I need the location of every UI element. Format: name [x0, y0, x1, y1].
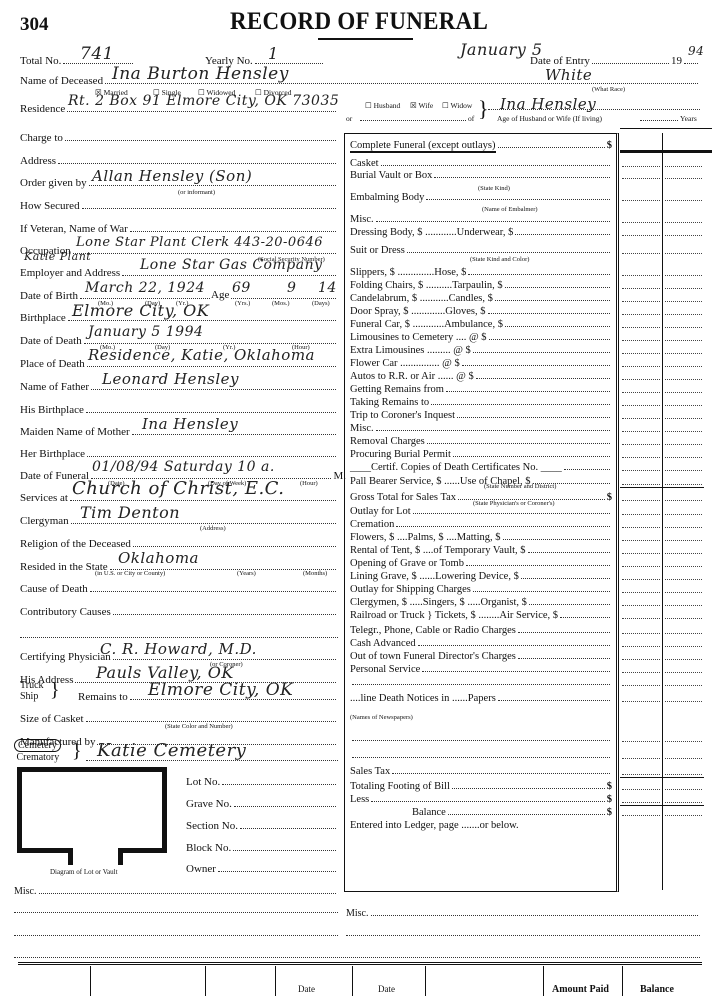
charge-row[interactable]: Outlay for Shipping Charges	[350, 583, 612, 595]
amount-dollars-cell[interactable]	[622, 540, 660, 541]
charge-row[interactable]: Outlay for Lot	[350, 505, 612, 517]
charge-row[interactable]: Pall Bearer Service, $ ......Use of Chap…	[350, 475, 612, 487]
charge-row[interactable]: Entered into Ledger, page .......or belo…	[350, 820, 612, 831]
spouse-or-label: or	[346, 114, 352, 123]
amount-cents-cell[interactable]	[665, 366, 702, 367]
charge-label: Getting Remains from	[350, 384, 444, 395]
amount-cents-cell[interactable]	[665, 592, 702, 593]
charge-label: Rental of Tent, $ ....of Temporary Vault…	[350, 545, 526, 556]
age-of-spouse-label: Age of Husband or Wife (If living)	[497, 114, 602, 123]
charge-row[interactable]: Clergymen, $ .....Singers, $ .....Organi…	[350, 596, 612, 608]
amount-dollars-cell[interactable]	[622, 379, 660, 380]
truck-ship-label: TruckShip	[20, 680, 44, 702]
charge-row[interactable]: Casket	[350, 157, 612, 169]
charge-label: Outlay for Shipping Charges	[350, 584, 471, 595]
charge-label: Lining Grave, $ ......Lowering Device, $	[350, 571, 519, 582]
misc-line-4[interactable]	[14, 957, 700, 958]
charge-label: Trip to Coroner's Inquest	[350, 410, 455, 421]
resided-location-caption: (in U.S. or City or County)	[95, 570, 165, 577]
amount-dollars-cell[interactable]	[622, 457, 660, 458]
amount-dollars-cell[interactable]	[622, 685, 660, 686]
amount-cents-cell[interactable]	[665, 166, 702, 167]
charge-row[interactable]: Taking Remains to	[350, 396, 612, 408]
charge-label: Folding Chairs, $ ..........Tarpaulin, $	[350, 280, 503, 291]
charge-label: Outlay for Lot	[350, 506, 411, 517]
yearly-no-value: 1	[268, 44, 279, 63]
ledger-header-date-1: Date	[298, 984, 315, 994]
amount-cents-cell[interactable]	[665, 815, 702, 816]
amount-cents-cell[interactable]	[665, 553, 702, 554]
date-of-entry-value: January 5	[460, 40, 543, 59]
birthplace-value: Elmore City, OK	[72, 301, 209, 320]
charge-label: Suit or Dress	[350, 245, 405, 256]
residence-value: Rt. 2 Box 91 Elmore City, OK 73035	[68, 93, 339, 109]
amount-cents-cell[interactable]	[665, 633, 702, 634]
amount-dollars-cell[interactable]	[622, 392, 660, 393]
amount-cents-cell[interactable]	[665, 235, 702, 236]
charge-row[interactable]: Funeral Car, $ ............Ambulance, $	[350, 318, 612, 330]
charge-row[interactable]: Extra Limousines ......... @ $	[350, 344, 612, 356]
amount-dollars-cell[interactable]	[622, 633, 660, 634]
charge-label: Railroad or Truck } Tickets, $ ........A…	[350, 610, 558, 621]
cause-of-death-field[interactable]: Cause of Death	[20, 582, 338, 595]
charge-label: Cash Advanced	[350, 638, 416, 649]
amount-dollars-cell[interactable]	[622, 605, 660, 606]
charge-label: Dressing Body, $ ............Underwear, …	[350, 227, 513, 238]
amount-cents-cell[interactable]	[665, 484, 702, 485]
dollar-sign: $	[607, 492, 612, 503]
amount-dollars-cell[interactable]	[622, 253, 660, 254]
ledger-divider	[543, 966, 544, 996]
charge-label: Gross Total for Sales Tax	[350, 492, 456, 503]
amount-cents-cell[interactable]	[665, 579, 702, 580]
charge-label: Slippers, $ ..............Hose, $	[350, 267, 466, 278]
amount-cents-cell[interactable]	[665, 353, 702, 354]
amount-cents-cell[interactable]	[665, 540, 702, 541]
charge-row[interactable]: Cremation	[350, 518, 612, 530]
ledger-divider	[275, 966, 276, 996]
cemetery-crematory-label[interactable]: Cemetery Crematory	[14, 740, 61, 764]
employer-extra-value: Katie Plant	[24, 250, 91, 263]
amount-cents-cell[interactable]	[665, 431, 702, 432]
amount-cents-cell[interactable]	[665, 418, 702, 419]
diagram-caption: Diagram of Lot or Vault	[50, 868, 118, 876]
charge-label: Misc.	[350, 214, 374, 225]
amount-dollars-cell[interactable]	[622, 275, 660, 276]
spouse-husband[interactable]: ☐ Husband	[365, 101, 400, 110]
charge-label: Totaling Footing of Bill	[350, 781, 450, 792]
charge-row[interactable]: Dressing Body, $ ............Underwear, …	[350, 226, 612, 238]
age-years-caption: (Yrs.)	[235, 300, 250, 307]
amount-cents-cell[interactable]	[665, 685, 702, 686]
amount-cents-cell[interactable]	[665, 327, 702, 328]
spouse-of-label: of	[468, 114, 474, 123]
block-no-field[interactable]: Block No.	[186, 841, 338, 854]
ledger-divider	[425, 966, 426, 996]
charge-label: Sales Tax	[350, 766, 390, 777]
charge-row[interactable]: Candelabrum, $ ...........Candles, $	[350, 292, 612, 304]
charge-row[interactable]: Totaling Footing of Bill$	[350, 780, 612, 792]
certifying-physician-value: C. R. Howard, M.D.	[100, 640, 257, 658]
remains-to-value: Elmore City, OK	[148, 680, 293, 700]
amount-dollars-cell[interactable]	[622, 200, 660, 201]
charge-label: Flowers, $ ....Palms, $ ....Matting, $	[350, 532, 501, 543]
amount-cents-cell[interactable]	[665, 405, 702, 406]
age-years-value: 69	[232, 280, 251, 296]
page-number: 304	[20, 14, 49, 36]
charge-row[interactable]: Balance$	[350, 806, 612, 818]
amount-dollars-cell[interactable]	[622, 815, 660, 816]
amount-dollars-cell[interactable]	[622, 659, 660, 660]
amount-dollars-cell[interactable]	[622, 514, 660, 515]
amount-cents-cell[interactable]	[665, 741, 702, 742]
charge-row[interactable]: Less$	[350, 793, 612, 805]
ledger-divider	[205, 966, 206, 996]
funeral-hour-caption: (Hour)	[300, 480, 318, 487]
amount-cents-cell[interactable]	[665, 701, 702, 702]
charge-row[interactable]: Trip to Coroner's Inquest	[350, 409, 612, 421]
amount-cents-cell[interactable]	[665, 379, 702, 380]
amount-dollars-cell[interactable]	[622, 327, 660, 328]
charge-label: Burial Vault or Box	[350, 170, 432, 181]
amount-dollars-cell[interactable]	[622, 340, 660, 341]
amount-cents-cell[interactable]	[665, 457, 702, 458]
charge-label: Out of town Funeral Director's Charges	[350, 651, 516, 662]
misc-left-field[interactable]: Misc.	[14, 884, 338, 897]
charge-label: Removal Charges	[350, 436, 425, 447]
veteran-war-field[interactable]: If Veteran, Name of War	[20, 222, 338, 235]
dollar-sign: $	[607, 807, 612, 818]
ledger-header-balance: Balance	[640, 984, 674, 995]
spouse-widow[interactable]: ☐ Widow	[442, 101, 472, 110]
charge-row[interactable]: Out of town Funeral Director's Charges	[350, 650, 612, 662]
cemetery-brace: }	[72, 740, 82, 762]
charge-label: Misc.	[350, 423, 374, 434]
owner-field[interactable]: Owner	[186, 862, 338, 875]
suit-caption: (State Kind and Color)	[470, 256, 529, 263]
title-underline	[318, 38, 413, 40]
amount-dollars-cell[interactable]	[622, 314, 660, 315]
embalmer-caption: (Name of Embalmer)	[482, 206, 538, 213]
charge-label: Autos to R.R. or Air ...... @ $	[350, 371, 474, 382]
ledger-top-rule	[18, 962, 702, 965]
charge-row[interactable]: Personal Service	[350, 663, 612, 675]
age-label: Age	[210, 289, 230, 301]
diagram-door-left	[68, 848, 73, 865]
dollar-sign: $	[607, 794, 612, 805]
ledger-header-date-2: Date	[378, 984, 395, 994]
charge-row[interactable]: Folding Chairs, $ ..........Tarpaulin, $	[350, 279, 612, 291]
amount-dollars-cell[interactable]	[622, 701, 660, 702]
amount-subtotal-rule	[620, 777, 704, 778]
lot-diagram	[17, 767, 167, 853]
charge-label: Cremation	[350, 519, 394, 530]
charge-row[interactable]	[350, 732, 612, 741]
amount-dollars-cell[interactable]	[622, 166, 660, 167]
informant-caption: (or informant)	[178, 189, 215, 196]
amount-dollars-cell[interactable]	[622, 618, 660, 619]
charge-row[interactable]: Door Spray, $ .............Gloves, $	[350, 305, 612, 317]
amount-dollars-cell[interactable]	[622, 592, 660, 593]
charge-label: Door Spray, $ .............Gloves, $	[350, 306, 486, 317]
charge-label: Candelabrum, $ ...........Candles, $	[350, 293, 493, 304]
race-value: White	[545, 66, 592, 84]
amount-cents-cell[interactable]	[665, 774, 702, 775]
amount-dollars-cell[interactable]	[622, 741, 660, 742]
amount-subtotal-rule	[620, 487, 704, 488]
charge-label: Clergymen, $ .....Singers, $ .....Organi…	[350, 597, 527, 608]
amount-dollars-cell[interactable]	[622, 500, 660, 501]
charge-label: ____Certif. Copies of Death Certificates…	[350, 462, 562, 473]
charge-row[interactable]: Lining Grave, $ ......Lowering Device, $	[350, 570, 612, 582]
amount-dollars-cell[interactable]	[622, 789, 660, 790]
spouse-name-value: Ina Hensley	[500, 95, 596, 113]
amount-cents-cell[interactable]	[665, 802, 702, 803]
amount-dollars-cell[interactable]	[622, 758, 660, 759]
amount-cents-cell[interactable]	[665, 789, 702, 790]
ledger-divider	[352, 966, 353, 996]
date-of-death-value: January 5 1994	[88, 324, 203, 340]
amount-cents-cell[interactable]	[665, 500, 702, 501]
amount-dollars-cell[interactable]	[622, 288, 660, 289]
charge-label: Embalming Body	[350, 192, 424, 203]
amount-dollars-cell[interactable]	[622, 178, 660, 179]
age-days-value: 14	[318, 280, 337, 296]
charge-row[interactable]: Railroad or Truck } Tickets, $ ........A…	[350, 609, 612, 621]
employer-address-value: Lone Star Gas Company	[140, 257, 323, 273]
age-days-caption: (Days)	[312, 300, 330, 307]
charge-row[interactable]: Telegr., Phone, Cable or Radio Charges	[350, 624, 612, 636]
amount-cents-cell[interactable]	[665, 514, 702, 515]
years-label: Years	[680, 114, 697, 123]
age-of-spouse-line[interactable]	[640, 120, 678, 121]
amount-cents-cell[interactable]	[665, 275, 702, 276]
amount-cents-cell[interactable]	[665, 527, 702, 528]
ledger-header-amount-paid: Amount Paid	[552, 984, 609, 995]
total-no-value: 741	[80, 44, 114, 64]
amount-header-rule	[620, 150, 712, 153]
amount-dollars-cell[interactable]	[622, 774, 660, 775]
amount-dollars-cell[interactable]	[622, 222, 660, 223]
diagram-bottom-right	[118, 848, 167, 853]
section-no-field[interactable]: Section No.	[186, 819, 338, 832]
amount-cents-cell[interactable]	[665, 758, 702, 759]
charge-row[interactable]	[350, 749, 612, 758]
charge-label: Casket	[350, 158, 379, 169]
year-value: 94	[688, 44, 704, 58]
charge-label: Less	[350, 794, 369, 805]
charge-label: Balance	[412, 807, 446, 818]
amount-cents-cell[interactable]	[665, 314, 702, 315]
address-field[interactable]: Address	[20, 154, 338, 167]
page-title: RECORD OF FUNERAL	[230, 8, 488, 36]
name-of-father-value: Leonard Hensley	[102, 370, 239, 388]
amount-cents-cell[interactable]	[665, 672, 702, 673]
amount-cents-cell[interactable]	[665, 301, 702, 302]
how-secured-field[interactable]: How Secured	[20, 199, 338, 212]
date-of-birth-value: March 22, 1924	[85, 280, 205, 296]
charge-row[interactable]	[350, 676, 612, 685]
amount-dollars-cell[interactable]	[622, 579, 660, 580]
spouse-or-line	[360, 120, 466, 121]
charge-row[interactable]: Opening of Grave or Tomb	[350, 557, 612, 569]
ledger-divider	[90, 966, 91, 996]
amount-dollars-cell[interactable]	[622, 672, 660, 673]
charge-row[interactable]: ____Certif. Copies of Death Certificates…	[350, 461, 612, 473]
amount-cents-cell[interactable]	[665, 253, 702, 254]
resided-years-caption: (Years)	[237, 570, 256, 577]
amount-dollars-cell[interactable]	[622, 553, 660, 554]
amount-dollars-cell[interactable]	[622, 366, 660, 367]
diagram-bottom-left	[17, 848, 73, 853]
charge-label: Pall Bearer Service, $ ......Use of Chap…	[350, 476, 531, 487]
charge-row[interactable]: Cash Advanced	[350, 637, 612, 649]
amount-top-rule	[620, 128, 712, 129]
services-at-value: Church of Christ, E.C.	[72, 478, 285, 499]
amount-cents-cell[interactable]	[665, 618, 702, 619]
amount-cents-cell[interactable]	[665, 470, 702, 471]
amount-subtotal-rule	[620, 805, 704, 806]
charge-label: ....line Death Notices in ......Papers	[350, 693, 496, 704]
contributory-causes-line-2[interactable]	[20, 637, 338, 638]
amount-dollars-cell[interactable]	[622, 566, 660, 567]
charge-row[interactable]: Procuring Burial Permit	[350, 448, 612, 460]
charge-label: Taking Remains to	[350, 397, 429, 408]
charge-row[interactable]: Getting Remains from	[350, 383, 612, 395]
amount-dollars-cell[interactable]	[622, 301, 660, 302]
complete-funeral-row[interactable]: Complete Funeral (except outlays)$	[350, 139, 612, 153]
amount-cents-cell[interactable]	[665, 566, 702, 567]
resided-in-state-value: Oklahoma	[118, 549, 199, 567]
age-months-value: 9	[287, 280, 296, 296]
amount-cents-cell[interactable]	[665, 222, 702, 223]
resided-months-caption: (Months)	[303, 570, 327, 577]
charge-label: Limousines to Cemetery .... @ $	[350, 332, 487, 343]
truck-ship-brace: }	[50, 680, 60, 700]
charge-label: Opening of Grave or Tomb	[350, 558, 464, 569]
amount-dollars-cell[interactable]	[622, 444, 660, 445]
charge-label: Telegr., Phone, Cable or Radio Charges	[350, 625, 516, 636]
amount-dollars-cell[interactable]	[622, 470, 660, 471]
amount-dollars-cell[interactable]	[622, 527, 660, 528]
charge-row[interactable]: Flowers, $ ....Palms, $ ....Matting, $	[350, 531, 612, 543]
amount-dollars-cell[interactable]	[622, 418, 660, 419]
charge-label: Flower Car ............... @ $	[350, 358, 460, 369]
charge-to-field[interactable]: Charge to	[20, 131, 338, 144]
charge-row[interactable]: Autos to R.R. or Air ...... @ $	[350, 370, 612, 382]
charge-row[interactable]: Flower Car ............... @ $	[350, 357, 612, 369]
amount-dollars-cell[interactable]	[622, 405, 660, 406]
lot-no-field[interactable]: Lot No.	[186, 775, 338, 788]
charge-row[interactable]: Embalming Body	[350, 191, 612, 203]
charge-label: Extra Limousines ......... @ $	[350, 345, 471, 356]
age-months-caption: (Mos.)	[272, 300, 290, 307]
charge-row[interactable]: Gross Total for Sales Tax$	[350, 491, 612, 503]
place-of-death-value: Residence, Katie, Oklahoma	[88, 346, 315, 364]
amount-cents-cell[interactable]	[665, 605, 702, 606]
charge-label: Personal Service	[350, 664, 420, 675]
dollar-sign: $	[607, 781, 612, 792]
race-caption: (What Race)	[592, 86, 625, 93]
amount-dollars-cell[interactable]	[622, 353, 660, 354]
amount-cents-cell[interactable]	[665, 392, 702, 393]
misc-left-line-3[interactable]	[14, 935, 338, 936]
charge-row[interactable]: Misc.	[350, 213, 612, 225]
charge-row[interactable]: Sales Tax	[350, 765, 612, 777]
charge-row[interactable]: Limousines to Cemetery .... @ $	[350, 331, 612, 343]
order-given-by-value: Allan Hensley (Son)	[92, 167, 252, 185]
amount-cents-cell[interactable]	[665, 178, 702, 179]
spouse-brace: }	[478, 98, 489, 120]
clergyman-address-caption: (Address)	[200, 525, 226, 532]
charge-row[interactable]: Suit or Dress	[350, 244, 612, 256]
amount-cents-cell[interactable]	[665, 200, 702, 201]
amount-dollars-cell[interactable]	[622, 802, 660, 803]
charge-row[interactable]: Slippers, $ ..............Hose, $	[350, 266, 612, 278]
name-of-deceased-value: Ina Burton Hensley	[112, 64, 289, 84]
amount-cents-cell[interactable]	[665, 659, 702, 660]
cemetery-value: Katie Cemetery	[97, 740, 246, 761]
charge-label: (Names of Newspapers)	[350, 714, 413, 721]
amount-dollars-cell[interactable]	[622, 235, 660, 236]
amount-cents-cell[interactable]	[665, 444, 702, 445]
diagram-door-right	[118, 848, 123, 865]
occupation-value: Lone Star Plant Clerk 443-20-0646	[76, 235, 323, 250]
maiden-name-mother-value: Ina Hensley	[142, 415, 238, 433]
misc-right-field[interactable]: Misc.	[346, 906, 700, 919]
charge-label: Entered into Ledger, page .......or belo…	[350, 820, 519, 831]
charge-row[interactable]: ....line Death Notices in ......Papers	[350, 692, 612, 704]
charge-label: Funeral Car, $ ............Ambulance, $	[350, 319, 503, 330]
charge-row[interactable]: Removal Charges	[350, 435, 612, 447]
contributory-causes-field[interactable]: Contributory Causes	[20, 605, 338, 618]
misc-left-line-2[interactable]	[14, 912, 338, 913]
amount-cents-cell[interactable]	[665, 646, 702, 647]
amount-cents-cell[interactable]	[665, 340, 702, 341]
ledger-divider	[622, 966, 623, 996]
charge-label: Procuring Burial Permit	[350, 449, 451, 460]
amount-dollars-cell[interactable]	[622, 431, 660, 432]
charge-row[interactable]: Burial Vault or Box	[350, 169, 612, 181]
amount-dollars-cell[interactable]	[622, 646, 660, 647]
amount-dollars-cell[interactable]	[622, 484, 660, 485]
date-of-funeral-value: 01/08/94 Saturday 10 a.	[92, 459, 275, 475]
casket-caption: (State Color and Number)	[165, 723, 233, 730]
misc-right-line-2[interactable]	[346, 935, 700, 936]
charge-row[interactable]: (Names of Newspapers)	[350, 714, 612, 721]
charge-row[interactable]: Misc.	[350, 422, 612, 434]
grave-no-field[interactable]: Grave No.	[186, 797, 338, 810]
spouse-wife[interactable]: ☒ Wife	[410, 101, 433, 110]
charge-row[interactable]: Rental of Tent, $ ....of Temporary Vault…	[350, 544, 612, 556]
amount-cents-cell[interactable]	[665, 288, 702, 289]
clergyman-value: Tim Denton	[80, 503, 180, 522]
